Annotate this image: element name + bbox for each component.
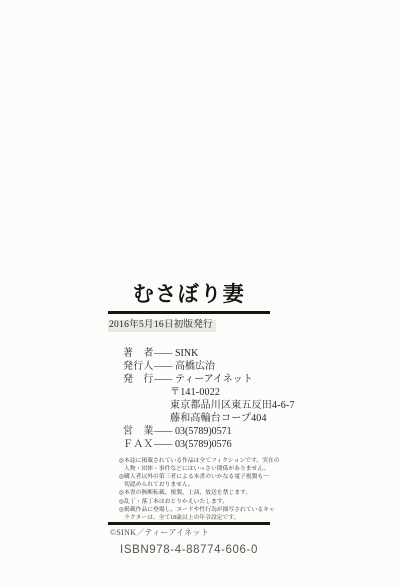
note-age-statement-cont: ラクターは、全て18歳以上の年令設定です。: [124, 514, 270, 522]
publisher-label: 発 行: [123, 373, 154, 386]
footer-divider-rule: [108, 522, 270, 525]
issuer-label: 発行人: [123, 360, 154, 373]
author-label: 著 者: [123, 347, 154, 360]
leader-dash: ——: [154, 425, 175, 438]
isbn-number: ISBN978-4-88774-606-0: [108, 544, 270, 557]
note-fiction-disclaimer: ◎本誌に掲載されている作品は全てフィクションです。実在の: [119, 457, 270, 465]
leader-dash: ——: [154, 438, 175, 451]
postal-code: 〒141-0022: [170, 386, 270, 399]
title-divider-rule: [108, 311, 270, 314]
sales-label: 営 業: [123, 425, 154, 438]
note-fiction-disclaimer-cont: 人物・団体・事件などにはいっさい関係がありません。: [124, 465, 270, 473]
publisher-row: 発 行——ティーアイネット: [108, 373, 270, 386]
fax-row: ＦＡＸ——03(5789)0576: [108, 438, 270, 451]
author-value: SINK: [175, 348, 198, 359]
leader-dash: ——: [154, 373, 175, 386]
note-age-statement: ◎掲載作品に登場し、ヌードや性行為が描写されているキャ: [119, 506, 270, 514]
issuer-row: 発行人——高橋広治: [108, 360, 270, 373]
note-defective-copies: ◎乱丁・落丁本はおとりかえいたします。: [119, 498, 270, 506]
fax-number: 03(5789)0576: [175, 439, 232, 450]
book-title: むさぼり妻: [108, 282, 270, 306]
issuer-value: 高橋広治: [175, 361, 215, 372]
copyright-line: ©SINK／ティーアイネット: [110, 528, 270, 538]
colophon-block: むさぼり妻 2016年5月16日初版発行 著 者——SINK 発行人——高橋広治…: [108, 282, 270, 557]
scanned-colophon-page: むさぼり妻 2016年5月16日初版発行 著 者——SINK 発行人——高橋広治…: [0, 0, 400, 587]
legal-notes: ◎本誌に掲載されている作品は全てフィクションです。実在の 人物・団体・事件などに…: [108, 457, 270, 523]
author-row: 著 者——SINK: [108, 347, 270, 360]
edition-date: 2016年5月16日初版発行: [108, 320, 216, 332]
address-line: 東京都品川区東五反田4-6-7: [170, 399, 270, 412]
leader-dash: ——: [154, 360, 175, 373]
sales-phone-number: 03(5789)0571: [175, 426, 232, 437]
fax-label: ＦＡＸ: [123, 438, 154, 451]
leader-dash: ——: [154, 347, 175, 360]
note-digital-copy-cont: 切認められておりません。: [124, 481, 270, 489]
note-digital-copy: ◎購入者以外の第三者による本書のいかなる電子複製も一: [119, 473, 270, 481]
publication-info: 著 者——SINK 発行人——高橋広治 発 行——ティーアイネット 〒141-0…: [108, 347, 270, 451]
address-building: 藤和高輪台コープ404: [170, 412, 270, 425]
sales-phone-row: 営 業——03(5789)0571: [108, 425, 270, 438]
publisher-value: ティーアイネット: [175, 374, 253, 385]
note-no-reproduction: ◎本書の無断転載、複製、上演、放送を禁じます。: [119, 489, 270, 497]
